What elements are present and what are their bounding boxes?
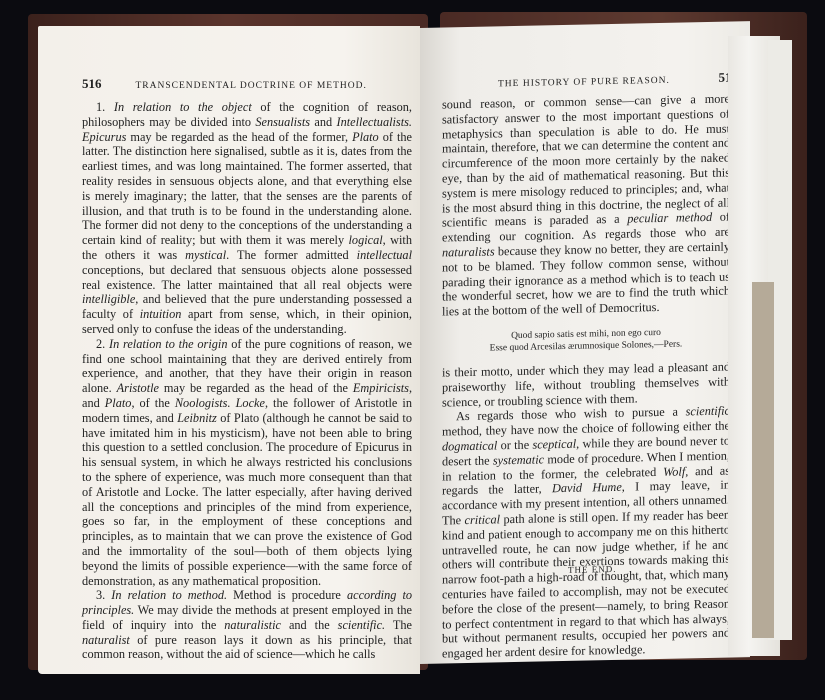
right-page-header: THE HISTORY OF PURE REASON. 517 bbox=[498, 69, 738, 90]
right-page-body: sound reason, or common sense—can give a… bbox=[442, 92, 730, 662]
latin-verse: Quod sapio satis est mihi, non ego curo … bbox=[442, 325, 730, 355]
paper-slip bbox=[752, 282, 774, 638]
running-head-right: THE HISTORY OF PURE REASON. bbox=[498, 76, 670, 90]
body-after-verse: is their motto, under which they may lea… bbox=[442, 359, 730, 661]
paragraph: As regards those who wish to pursue a sc… bbox=[442, 404, 730, 662]
left-page-body: 1. In relation to the object of the cogn… bbox=[82, 100, 412, 662]
page-number-left: 516 bbox=[82, 76, 102, 92]
left-page: 516 TRANSCENDENTAL DOCTRINE OF METHOD. 1… bbox=[38, 26, 420, 674]
paragraph: sound reason, or common sense—can give a… bbox=[442, 92, 730, 320]
body-before-verse: sound reason, or common sense—can give a… bbox=[442, 92, 730, 320]
paragraph: 3. In relation to method. Method is proc… bbox=[82, 588, 412, 662]
paragraph: 2. In relation to the origin of the pure… bbox=[82, 337, 412, 589]
left-page-header: 516 TRANSCENDENTAL DOCTRINE OF METHOD. bbox=[82, 76, 412, 92]
paragraph: 1. In relation to the object of the cogn… bbox=[82, 100, 412, 337]
the-end-mark: THE END. bbox=[568, 564, 617, 575]
right-page: THE HISTORY OF PURE REASON. 517 sound re… bbox=[420, 21, 750, 664]
running-head-left: TRANSCENDENTAL DOCTRINE OF METHOD. bbox=[136, 81, 367, 91]
paragraph: is their motto, under which they may lea… bbox=[442, 359, 730, 409]
